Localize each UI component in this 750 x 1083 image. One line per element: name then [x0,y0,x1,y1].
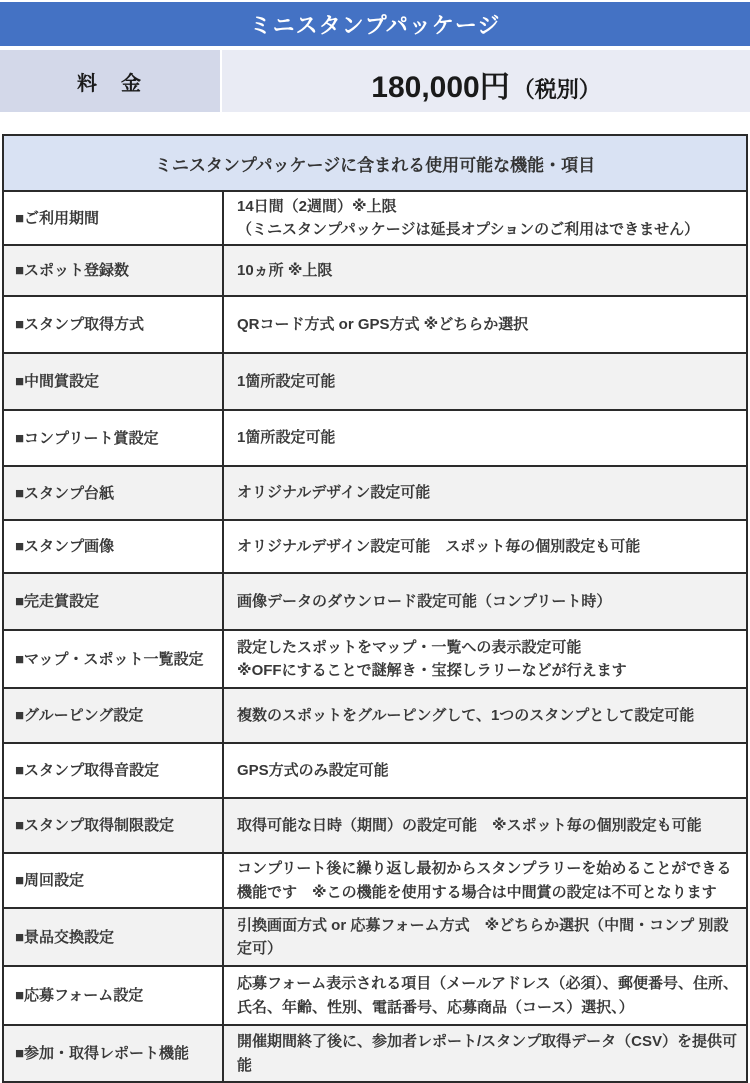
feature-table-body: ■ご利用期間 14日間（2週間）※上限 （ミニスタンプパッケージは延長オプション… [4,192,746,1081]
feature-value: 取得可能な日時（期間）の設定可能 ※スポット毎の個別設定も可能 [224,799,746,852]
table-row: ■グルーピング設定 複数のスポットをグルーピングして、1つのスタンプとして設定可… [4,687,746,742]
table-row: ■スポット登録数 10ヵ所 ※上限 [4,244,746,295]
feature-table: ミニスタンプパッケージに含まれる使用可能な機能・項目 ■ご利用期間 14日間（2… [2,134,748,1083]
feature-label: ■周回設定 [4,854,224,907]
price-row: 料 金 180,000円 （税別） [0,50,750,112]
price-tax-note: （税別） [513,73,601,104]
feature-value: 画像データのダウンロード設定可能（コンプリート時） [224,574,746,629]
feature-value: 10ヵ所 ※上限 [224,246,746,295]
feature-value: GPS方式のみ設定可能 [224,744,746,797]
feature-value: QRコード方式 or GPS方式 ※どちらか選択 [224,297,746,352]
price-amount: 180,000円 [371,62,509,106]
feature-value: 設定したスポットをマップ・一覧への表示設定可能 ※OFFにすることで謎解き・宝探… [224,631,746,687]
feature-label: ■スタンプ取得方式 [4,297,224,352]
table-row: ■景品交換設定 引換画面方式 or 応募フォーム方式 ※どちらか選択（中間・コン… [4,907,746,965]
table-row: ■スタンプ取得制限設定 取得可能な日時（期間）の設定可能 ※スポット毎の個別設定… [4,797,746,852]
package-title-bar: ミニスタンプパッケージ [0,2,750,46]
feature-label: ■スポット登録数 [4,246,224,295]
feature-value: 複数のスポットをグルーピングして、1つのスタンプとして設定可能 [224,689,746,742]
feature-table-title: ミニスタンプパッケージに含まれる使用可能な機能・項目 [155,151,595,176]
feature-value: オリジナルデザイン設定可能 [224,467,746,519]
feature-label: ■中間賞設定 [4,354,224,409]
table-row: ■参加・取得レポート機能 開催期間終了後に、参加者レポート/スタンプ取得データ（… [4,1024,746,1081]
feature-label: ■応募フォーム設定 [4,967,224,1024]
feature-label: ■景品交換設定 [4,909,224,965]
feature-value: 引換画面方式 or 応募フォーム方式 ※どちらか選択（中間・コンプ 別設定可） [224,909,746,965]
feature-value: コンプリート後に繰り返し最初からスタンプラリーを始めることができる機能です ※こ… [224,854,746,907]
feature-label: ■スタンプ取得制限設定 [4,799,224,852]
feature-label: ■スタンプ台紙 [4,467,224,519]
feature-value: オリジナルデザイン設定可能 スポット毎の個別設定も可能 [224,521,746,572]
feature-value: 1箇所設定可能 [224,354,746,409]
feature-label: ■完走賞設定 [4,574,224,629]
package-title: ミニスタンプパッケージ [250,9,501,40]
table-row: ■コンプリート賞設定 1箇所設定可能 [4,409,746,465]
feature-value: 14日間（2週間）※上限 （ミニスタンプパッケージは延長オプションのご利用はでき… [224,192,746,244]
feature-table-header: ミニスタンプパッケージに含まれる使用可能な機能・項目 [4,136,746,192]
table-row: ■中間賞設定 1箇所設定可能 [4,352,746,409]
price-label: 料 金 [77,67,143,96]
table-row: ■周回設定 コンプリート後に繰り返し最初からスタンプラリーを始めることができる機… [4,852,746,907]
feature-label: ■グルーピング設定 [4,689,224,742]
feature-label: ■スタンプ画像 [4,521,224,572]
price-value-cell: 180,000円 （税別） [222,50,750,112]
table-row: ■スタンプ台紙 オリジナルデザイン設定可能 [4,465,746,519]
feature-value: 応募フォーム表示される項目（メールアドレス（必須）、郵便番号、住所、氏名、年齢、… [224,967,746,1024]
feature-label: ■マップ・スポット一覧設定 [4,631,224,687]
table-row: ■マップ・スポット一覧設定 設定したスポットをマップ・一覧への表示設定可能 ※O… [4,629,746,687]
table-row: ■ご利用期間 14日間（2週間）※上限 （ミニスタンプパッケージは延長オプション… [4,192,746,244]
table-row: ■スタンプ取得方式 QRコード方式 or GPS方式 ※どちらか選択 [4,295,746,352]
table-row: ■スタンプ画像 オリジナルデザイン設定可能 スポット毎の個別設定も可能 [4,519,746,572]
table-row: ■応募フォーム設定 応募フォーム表示される項目（メールアドレス（必須）、郵便番号… [4,965,746,1024]
feature-label: ■参加・取得レポート機能 [4,1026,224,1081]
table-row: ■完走賞設定 画像データのダウンロード設定可能（コンプリート時） [4,572,746,629]
table-row: ■スタンプ取得音設定 GPS方式のみ設定可能 [4,742,746,797]
feature-value: 1箇所設定可能 [224,411,746,465]
price-label-cell: 料 金 [0,50,222,112]
feature-value: 開催期間終了後に、参加者レポート/スタンプ取得データ（CSV）を提供可能 [224,1026,746,1081]
feature-label: ■スタンプ取得音設定 [4,744,224,797]
feature-label: ■コンプリート賞設定 [4,411,224,465]
feature-label: ■ご利用期間 [4,192,224,244]
